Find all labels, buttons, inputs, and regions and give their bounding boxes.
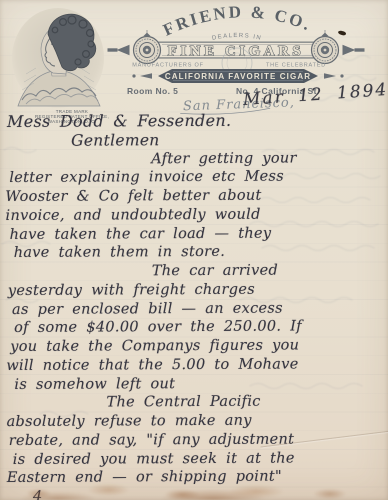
letter-line: of some $40.00 over the 250.00. If (14, 317, 386, 338)
right-medallion (312, 30, 339, 64)
letter-line: is somehow left out (14, 374, 386, 395)
letter-line: as per enclosed bill — an excess (12, 299, 386, 320)
letter-line: absolutely refuse to make any (7, 411, 387, 432)
letter-line: have taken the car load — they (10, 224, 386, 245)
letter-line: Wooster & Co felt better about (5, 186, 385, 207)
letter-line: Gentlemen (71, 130, 385, 150)
letter-line: have taken them in store. (14, 242, 386, 263)
the-celebrated-label: THE CELEBRATED (266, 63, 326, 69)
dealers-in-label: DEALERS IN (212, 33, 263, 42)
product-name: FINE CIGARS (168, 44, 304, 60)
letter-line: invoice, and undoubtedly would (5, 205, 385, 226)
ribbon-label: CALIFORNIA FAVORITE CIGAR (165, 72, 311, 81)
letter-line: After getting your (151, 149, 385, 169)
letter-line: letter explaining invoice etc Mess (9, 167, 385, 188)
letter-line: you take the Companys figures you (10, 336, 386, 357)
letter-line: The Central Pacific (106, 392, 386, 412)
letter-line: The car arrived (152, 261, 386, 281)
manufacturers-of-label: MANUFACTURERS OF (132, 63, 203, 69)
left-medallion (134, 30, 161, 64)
letter-line: yesterday with freight charges (8, 280, 386, 301)
letter-line: rebate, and say, "if any adjustment (9, 430, 387, 451)
letter-body: Mess Dodd & Fessenden. Gentlemen After g… (5, 111, 387, 500)
room-number: Room No. 5 (127, 86, 178, 96)
letter-page: FRIEND & CO. DEALERS IN (0, 0, 388, 500)
trademark-portrait (12, 8, 104, 108)
salutation-line: Mess Dodd & Fessenden. (7, 111, 385, 132)
california-favorite-ribbon: CALIFORNIA FAVORITE CIGAR (132, 69, 343, 83)
letter-line: is desired you must seek it at the (13, 449, 387, 470)
bottom-stain (0, 470, 388, 500)
letter-line: will notice that the 5.00 to Mohave (6, 355, 386, 376)
